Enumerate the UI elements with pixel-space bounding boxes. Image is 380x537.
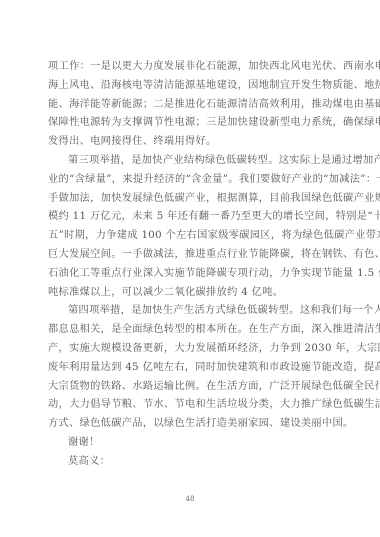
- text-line: 产，实施大规模设备更新，大力发展循环经济，力争到 2030 年，大宗固: [48, 340, 333, 359]
- text-line: 动，大力倡导节粮、节水、节电和生活垃圾分类，大力推广绿色低碳生活: [48, 396, 333, 415]
- text-line: 废年利用量达到 45 亿吨左右，同时加快建筑和市政设施节能改造，提高: [48, 359, 333, 378]
- text-line: 手做加法，加快发展绿色低碳产业，根据测算，目前我国绿色低碳产业规: [48, 190, 333, 209]
- text-line: 方式、绿色低碳产品，以绿色生活打造美丽家园、建设美丽中国。: [48, 415, 333, 434]
- text-line: 海上风电、沿海核电等清洁能源基地建设，因地制宜开发生物质能、地热: [48, 77, 333, 96]
- text-line: 模约 11 万亿元，未来 5 年还有翻一番乃至更大的增长空间，特别是“十五: [48, 208, 333, 227]
- text-line: 都息息相关，是全面绿色转型的根本所在。在生产方面，深入推进清洁生: [48, 321, 333, 340]
- text-line: 保障性电源转为支撑调节性电源；三是加快建设新型电力系统，确保绿电: [48, 114, 333, 133]
- text-line: 五”时期，力争建成 100 个左右国家级零碳园区，将为绿色低碳产业带来: [48, 227, 333, 246]
- text-line: 发得出、电网接得住、终端用得好。: [48, 133, 333, 152]
- text-line: 吨标准煤以上，可以减少二氧化碳排放约 4 亿吨。: [48, 284, 333, 303]
- text-line: 谢谢！: [48, 434, 333, 453]
- text-line: 第三项举措，是加快产业结构绿色低碳转型。这实际上是通过增加产: [48, 152, 333, 171]
- body-text: 项工作：一是以更大力度发展非化石能源，加快西北风电光伏、西南水电、海上风电、沿海…: [48, 58, 333, 472]
- text-line: 项工作：一是以更大力度发展非化石能源，加快西北风电光伏、西南水电、: [48, 58, 333, 77]
- text-line: 莫高义：: [48, 453, 333, 472]
- text-line: 大宗货物的铁路、水路运输比例。在生活方面，广泛开展绿色低碳全民行: [48, 378, 333, 397]
- document-page: 项工作：一是以更大力度发展非化石能源，加快西北风电光伏、西南水电、海上风电、沿海…: [0, 0, 380, 537]
- text-line: 业的“含绿量”，来提升经济的“含金量”。我们要做好产业的“加减法”：一: [48, 171, 333, 190]
- page-number: 48: [0, 495, 380, 503]
- text-line: 能、海洋能等新能源；二是推进化石能源清洁高效利用，推动煤电由基础: [48, 96, 333, 115]
- text-line: 第四项举措，是加快生产生活方式绿色低碳转型。这和我们每一个人: [48, 302, 333, 321]
- text-line: 巨大发展空间。一手做减法，推进重点行业节能降碳，将在钢铁、有色、: [48, 246, 333, 265]
- text-line: 石油化工等重点行业深入实施节能降碳专项行动，力争实现节能量 1.5 亿: [48, 265, 333, 284]
